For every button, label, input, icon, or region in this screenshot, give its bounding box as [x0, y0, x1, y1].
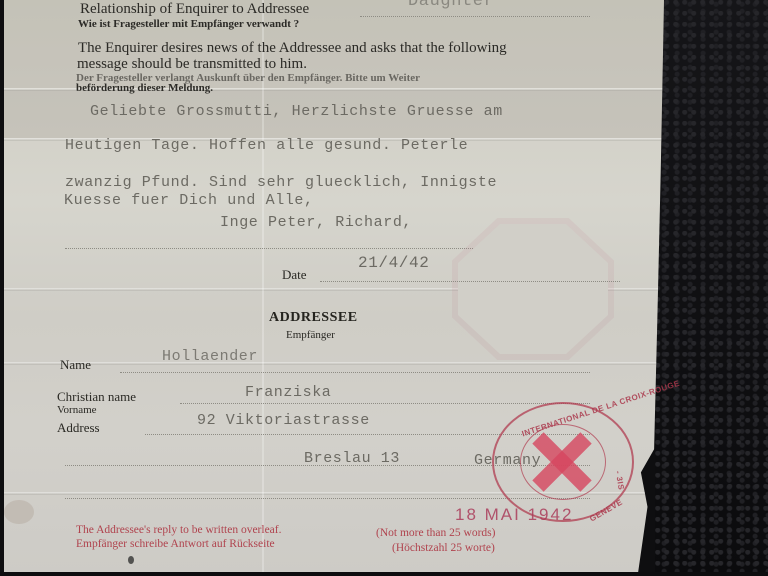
christian-name-dotted-line	[180, 403, 590, 404]
message-line-3: zwanzig Pfund. Sind sehr gluecklich, Inn…	[65, 174, 497, 191]
reply-note-en: The Addressee's reply to be written over…	[76, 524, 281, 536]
name-dotted-line	[120, 372, 590, 373]
relationship-label: Relationship of Enquirer to Addressee	[80, 1, 309, 18]
message-line-5-signature: Inge Peter, Richard,	[220, 214, 412, 231]
instruction-de-line-2: beförderung dieser Meldung.	[76, 82, 213, 94]
word-limit-en: (Not more than 25 words)	[376, 527, 495, 539]
relationship-dotted-line	[360, 16, 590, 17]
instruction-line-1: The Enquirer desires news of the Address…	[78, 40, 507, 57]
paper-stain	[4, 500, 34, 524]
received-date-stamp: 18 MAI 1942	[455, 505, 573, 525]
message-line-2: Heutigen Tage. Hoffen alle gesund. Peter…	[65, 137, 468, 154]
date-dotted-line	[320, 281, 620, 282]
dark-fabric-background	[655, 0, 768, 576]
red-cross-icon	[530, 434, 592, 490]
ink-spot	[128, 556, 134, 564]
date-label: Date	[282, 267, 307, 283]
christian-name-value: Franziska	[245, 384, 331, 401]
octagonal-stamp-inner	[458, 224, 608, 354]
christian-name-label-de: Vorname	[57, 404, 97, 416]
relationship-value: Daughter	[408, 0, 494, 11]
message-line-1: Geliebte Grossmutti, Herzlichste Gruesse…	[90, 103, 503, 120]
address-label: Address	[57, 420, 100, 436]
vertical-fold	[262, 0, 264, 576]
message-line-4: Kuesse fuer Dich und Alle,	[64, 192, 314, 209]
address-line-2: Breslau 13	[304, 450, 400, 467]
date-value: 21/4/42	[358, 254, 429, 272]
addressee-heading-de: Empfänger	[286, 329, 335, 341]
name-label: Name	[60, 357, 91, 373]
christian-name-label: Christian name	[57, 389, 136, 405]
horizontal-fold	[4, 362, 664, 365]
word-limit-de: (Höchstzahl 25 worte)	[392, 542, 495, 554]
relationship-label-de: Wie ist Fragesteller mit Empfänger verwa…	[78, 18, 299, 30]
bottom-dark-edge	[0, 572, 768, 576]
instruction-line-2: message should be transmitted to him.	[77, 56, 307, 73]
reply-note-de: Empfänger schreibe Antwort auf Rückseite	[76, 538, 275, 550]
addressee-heading: ADDRESSEE	[269, 310, 358, 326]
address-line-1: 92 Viktoriastrasse	[197, 412, 370, 429]
name-value: Hollaender	[162, 348, 258, 365]
